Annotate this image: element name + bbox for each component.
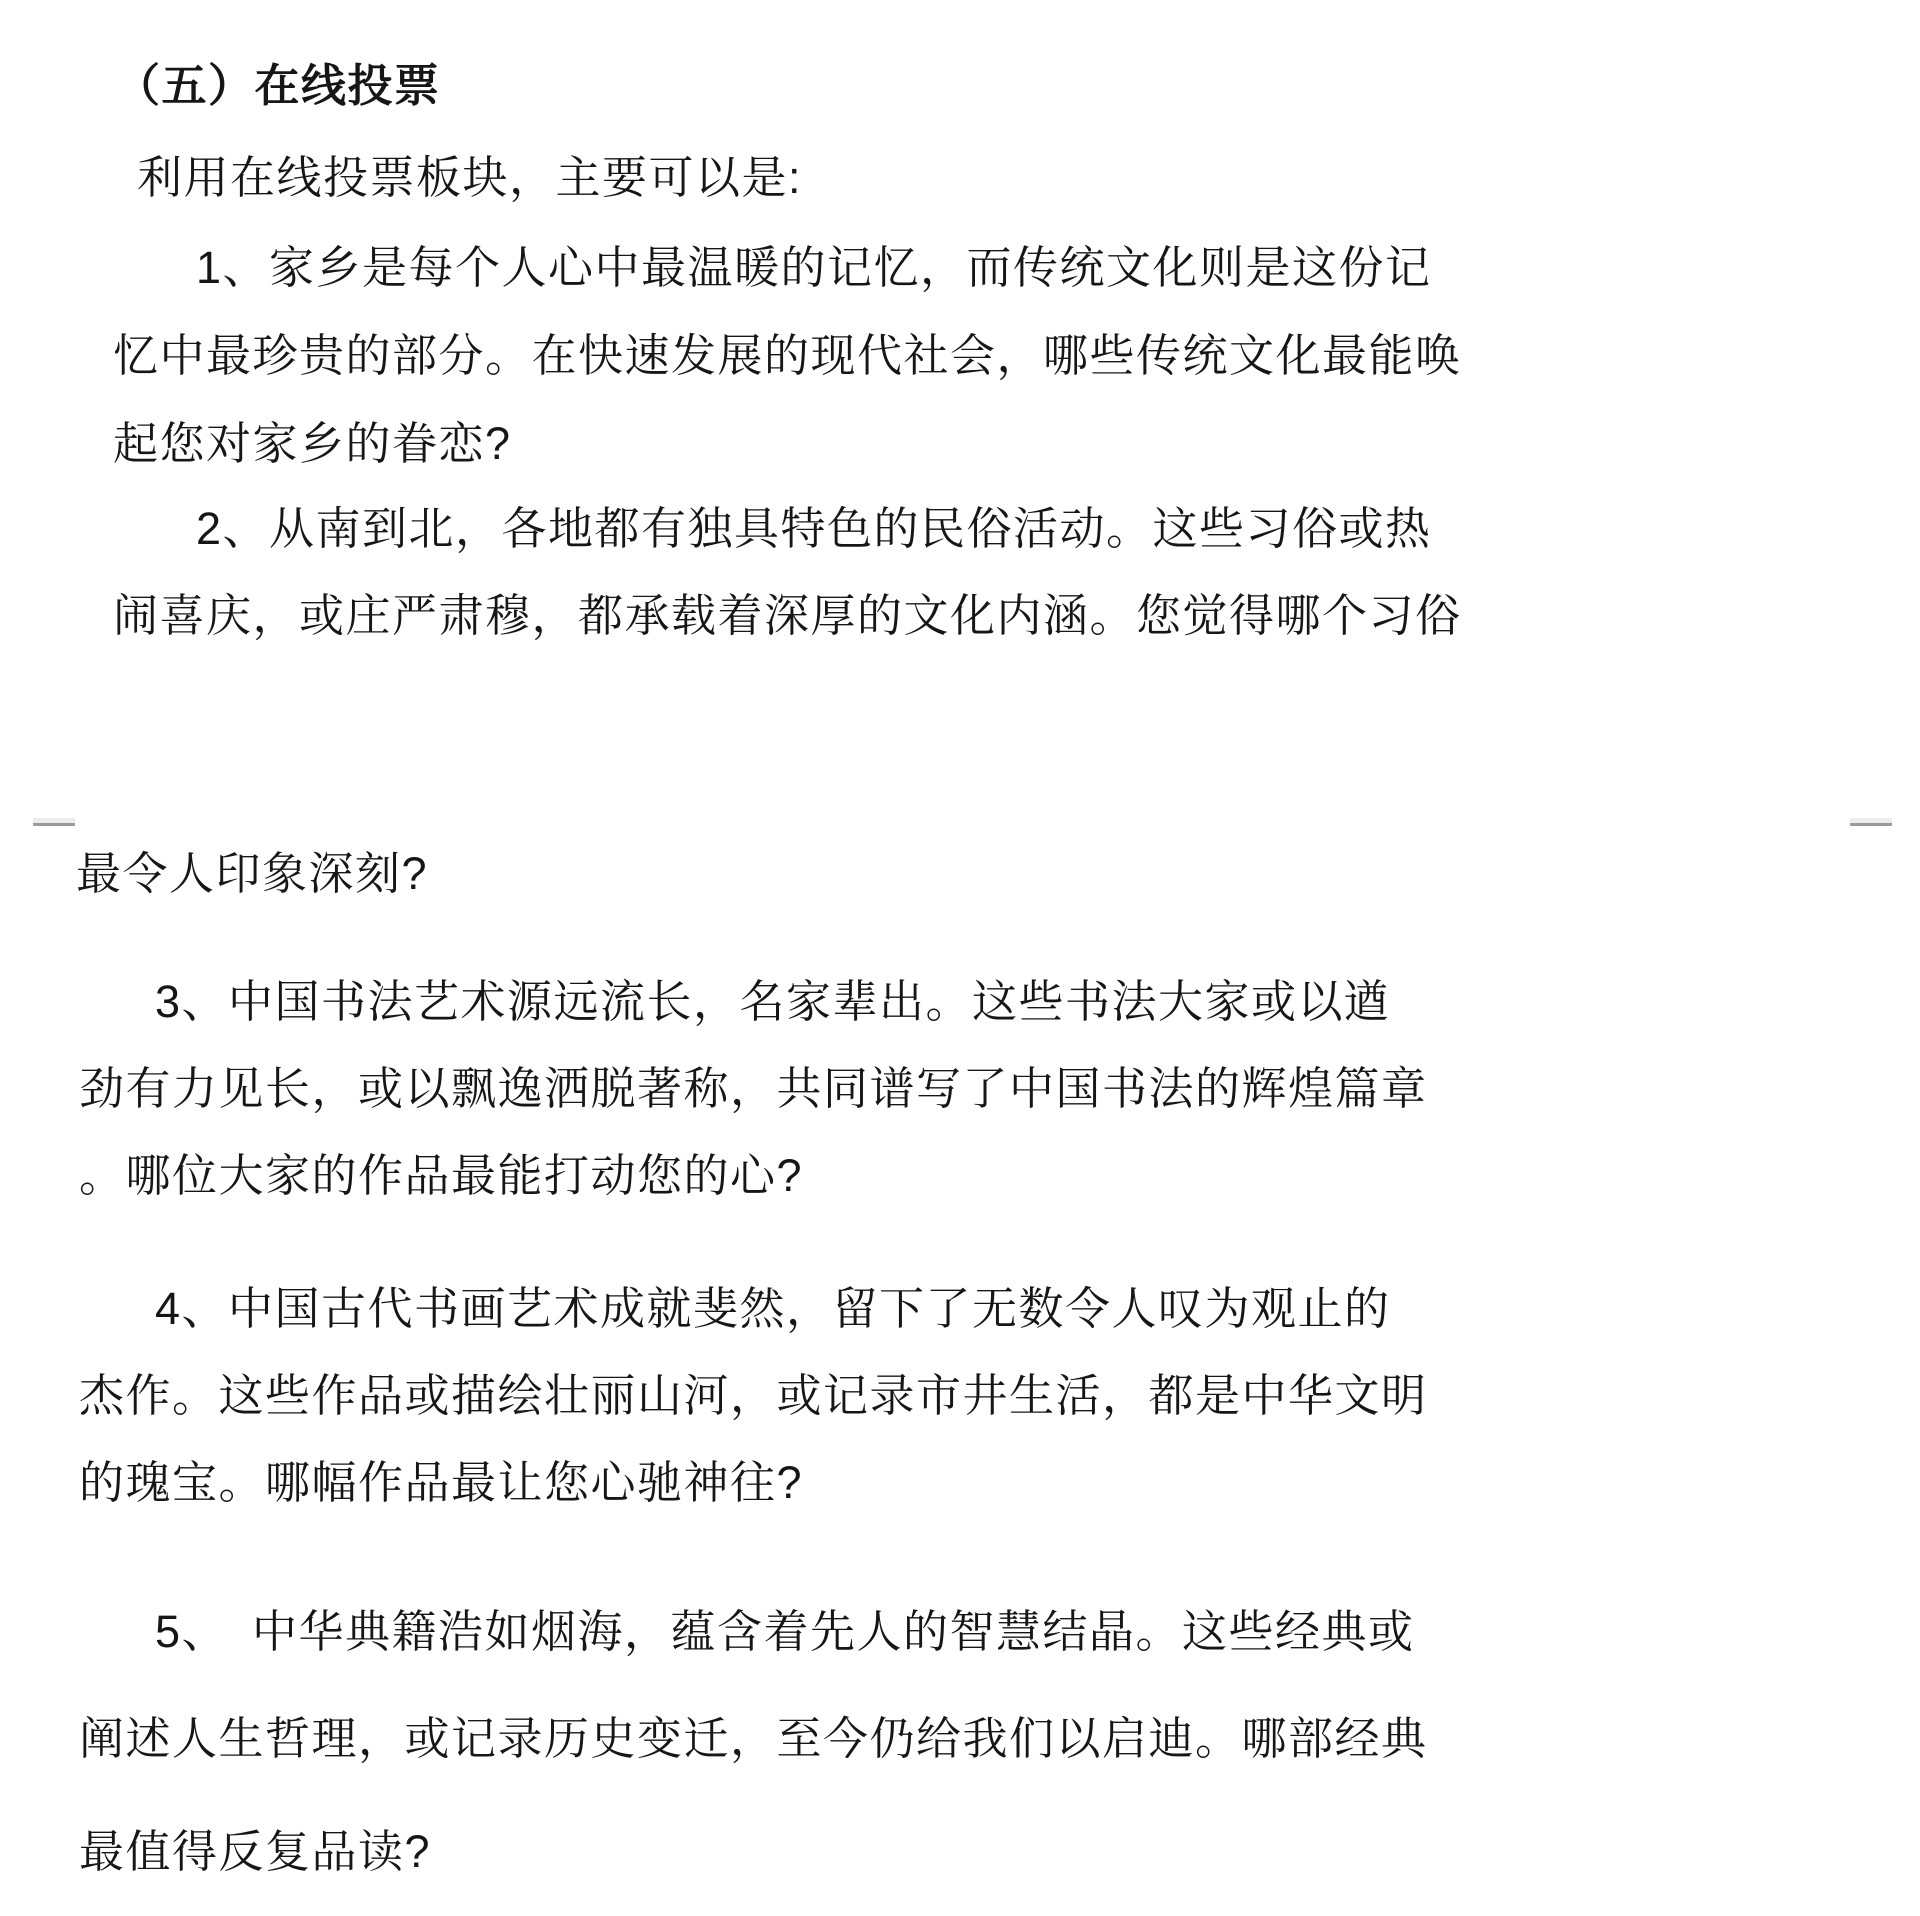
item4-line-1: 4、中国古代书画艺术成就斐然，留下了无数令人叹为观止的 bbox=[155, 1281, 1391, 1337]
item5-line-1: 5、 中华典籍浩如烟海，蕴含着先人的智慧结晶。这些经典或 bbox=[155, 1604, 1415, 1660]
document-page: （五）在线投票 利用在线投票板块，主要可以是: 1、家乡是每个人心中最温暖的记忆… bbox=[0, 0, 1920, 1916]
page-break-dash-right bbox=[1850, 818, 1892, 826]
page-break-dash-left bbox=[33, 818, 75, 826]
item5-line-3: 最值得反复品读? bbox=[79, 1824, 431, 1880]
item4-line-3: 的瑰宝。哪幅作品最让您心驰神往? bbox=[79, 1455, 803, 1511]
item5-line-2: 阐述人生哲理，或记录历史变迁，至今仍给我们以启迪。哪部经典 bbox=[79, 1711, 1428, 1767]
item4-line-2: 杰作。这些作品或描绘壮丽山河，或记录市井生活，都是中华文明 bbox=[79, 1368, 1428, 1424]
item3-line-3: 。哪位大家的作品最能打动您的心? bbox=[79, 1148, 803, 1204]
item2-line-3: 最令人印象深刻? bbox=[76, 846, 428, 902]
item1-line-1: 1、家乡是每个人心中最温暖的记忆，而传统文化则是这份记 bbox=[196, 240, 1432, 296]
item2-line-2: 闹喜庆，或庄严肃穆，都承载着深厚的文化内涵。您觉得哪个习俗 bbox=[113, 588, 1462, 644]
section-heading: （五）在线投票 bbox=[115, 58, 441, 114]
intro-line: 利用在线投票板块，主要可以是: bbox=[137, 150, 802, 206]
item3-line-1: 3、中国书法艺术源远流长，名家辈出。这些书法大家或以遒 bbox=[155, 974, 1391, 1030]
item1-line-3: 起您对家乡的眷恋? bbox=[113, 416, 512, 472]
item2-line-1: 2、从南到北，各地都有独具特色的民俗活动。这些习俗或热 bbox=[196, 501, 1432, 557]
item1-line-2: 忆中最珍贵的部分。在快速发展的现代社会，哪些传统文化最能唤 bbox=[113, 328, 1462, 384]
item3-line-2: 劲有力见长，或以飘逸洒脱著称，共同谱写了中国书法的辉煌篇章 bbox=[79, 1061, 1428, 1117]
